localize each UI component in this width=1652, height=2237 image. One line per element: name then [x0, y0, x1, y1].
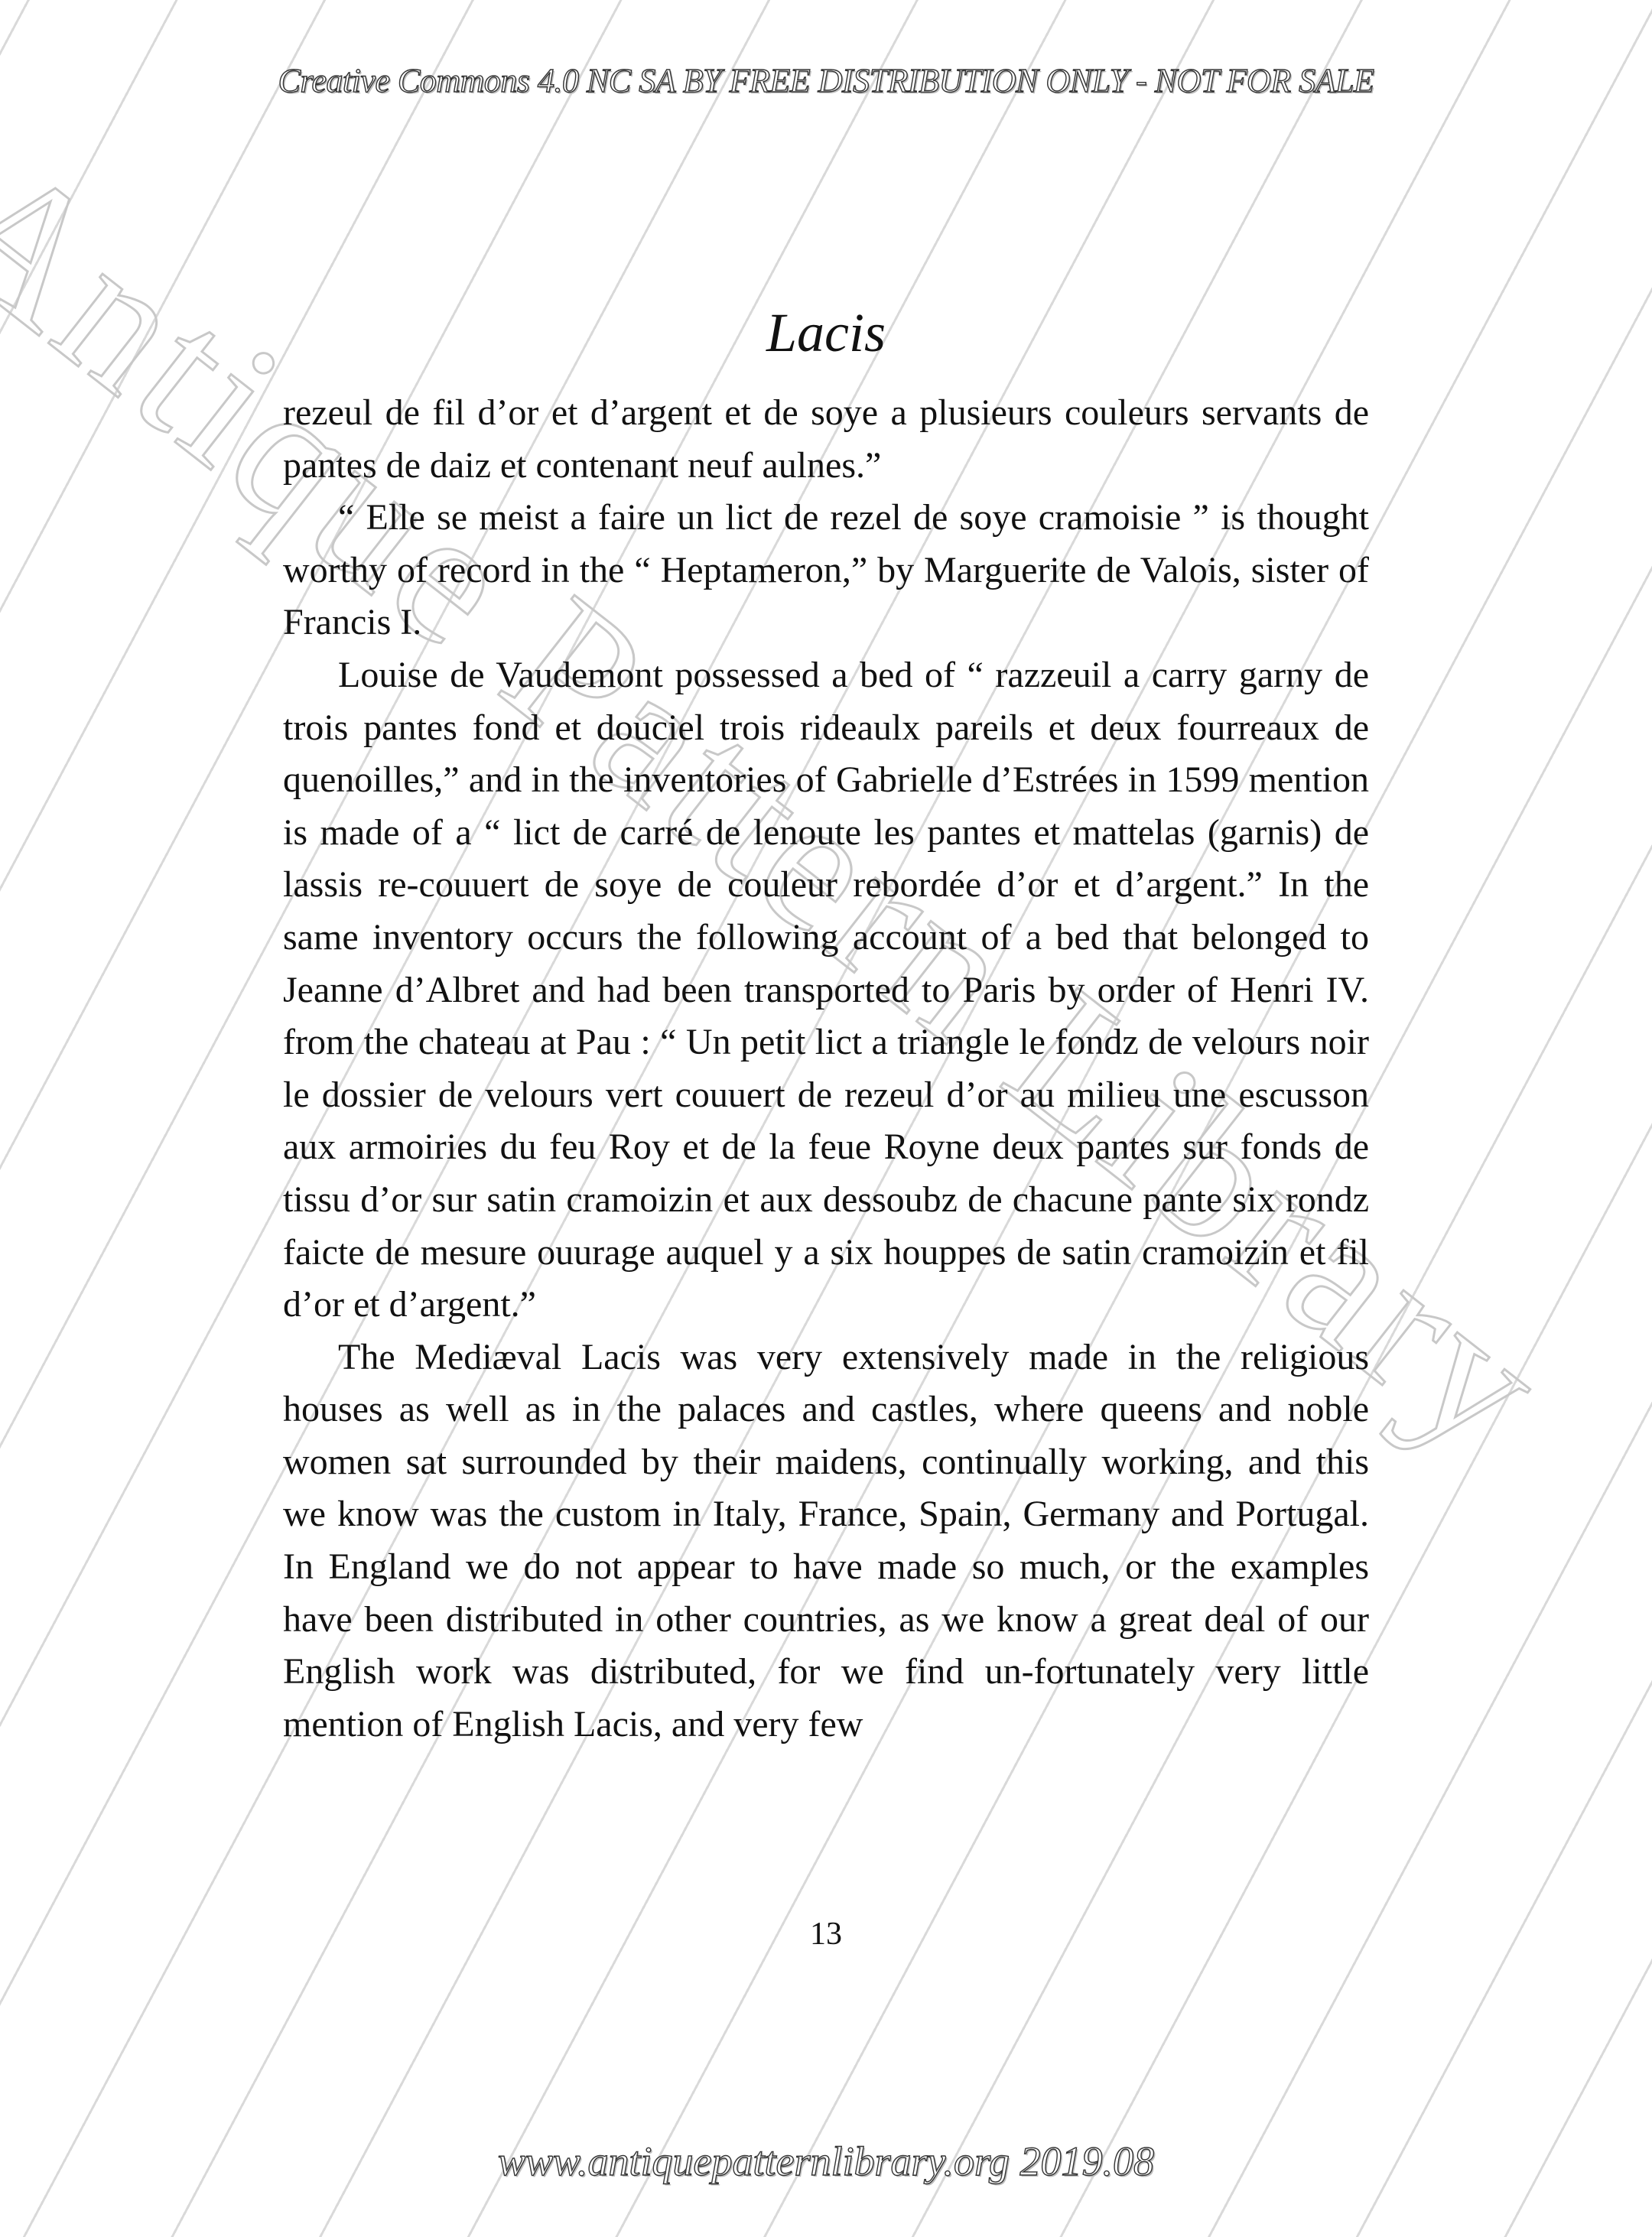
paragraph: The Mediæval Lacis was very extensively …	[283, 1331, 1369, 1751]
footer-url-stamp: www.antiquepatternlibrary.org 2019.08	[0, 2138, 1652, 2185]
license-notice: Creative Commons 4.0 NC SA BY FREE DISTR…	[0, 61, 1652, 100]
book-page: Lacis rezeul de fil d’or et d’argent et …	[283, 298, 1369, 1751]
page-number: 13	[0, 1916, 1652, 1952]
body-text: rezeul de fil d’or et d’argent et de soy…	[283, 387, 1369, 1751]
page-title: Lacis	[283, 298, 1369, 367]
paragraph: Louise de Vaudemont possessed a bed of “…	[283, 649, 1369, 1331]
paragraph: “ Elle se meist a faire un lict de rezel…	[283, 492, 1369, 649]
paragraph: rezeul de fil d’or et d’argent et de soy…	[283, 387, 1369, 492]
